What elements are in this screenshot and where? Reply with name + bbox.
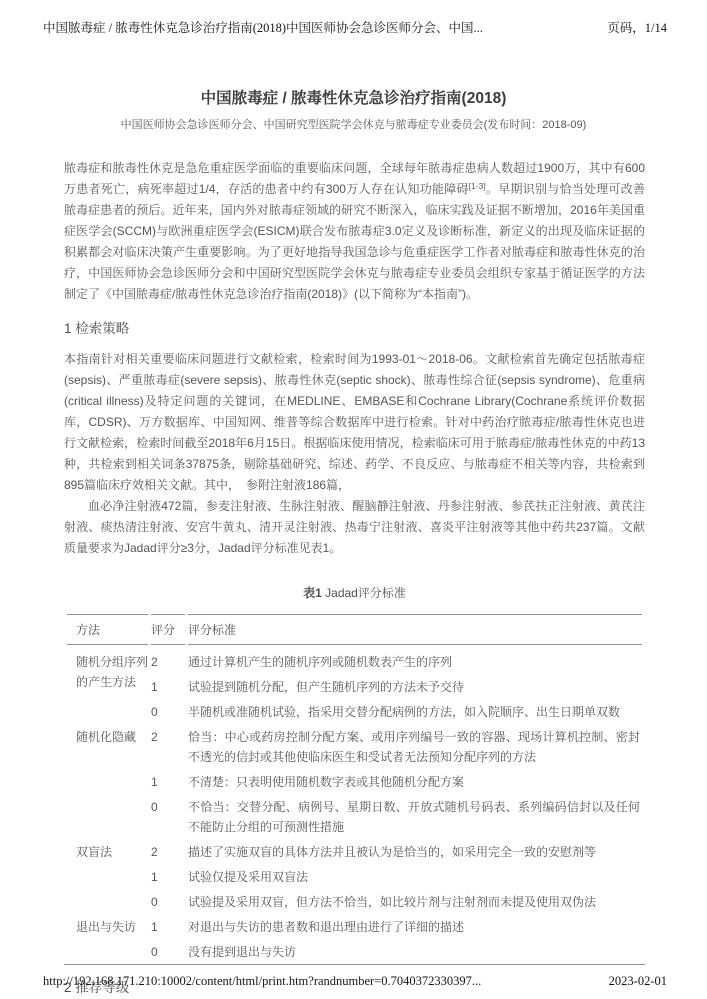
table-row: 1试验仅提及采用双盲法 bbox=[67, 864, 642, 889]
criteria-cell: 通过计算机产生的随机序列或随机数表产生的序列 bbox=[188, 645, 642, 674]
citation-reference: [1-3] bbox=[469, 181, 486, 191]
score-cell: 0 bbox=[151, 794, 185, 839]
table-header-method: 方法 bbox=[67, 614, 148, 645]
footer-date: 2023-02-01 bbox=[609, 974, 667, 989]
table-row: 0没有提到退出与失访 bbox=[67, 939, 642, 964]
table-header-criteria: 评分标准 bbox=[188, 614, 642, 645]
score-cell: 1 bbox=[151, 864, 185, 889]
table-row: 0半随机或准随机试验，指采用交替分配病例的方法，如入院顺序、出生日期单双数 bbox=[67, 699, 642, 724]
print-header: 中国脓毒症 / 脓毒性休克急诊治疗指南(2018)中国医师协会急诊医师分会、中国… bbox=[43, 18, 667, 36]
method-cell: 退出与失访 bbox=[67, 914, 148, 964]
table-header-score: 评分 bbox=[151, 614, 185, 645]
criteria-cell: 不恰当：交替分配、病例号、星期日数、开放式随机号码表、系列编码信封以及任何不能防… bbox=[188, 794, 642, 839]
table-row: 1不清楚：只表明使用随机数字表或其他随机分配方案 bbox=[67, 769, 642, 794]
score-cell: 1 bbox=[151, 769, 185, 794]
score-cell: 2 bbox=[151, 724, 185, 769]
score-cell: 1 bbox=[151, 674, 185, 699]
table-row: 退出与失访1对退出与失访的患者数和退出理由进行了详细的描述 bbox=[67, 914, 642, 939]
criteria-cell: 试验提到随机分配，但产生随机序列的方法未予交待 bbox=[188, 674, 642, 699]
method-cell: 双盲法 bbox=[67, 839, 148, 914]
jadad-score-table: 方法 评分 评分标准 随机分组序列的产生方法2通过计算机产生的随机序列或随机数表… bbox=[64, 614, 645, 965]
search-strategy-paragraph-1: 本指南针对相关重要临床问题进行文献检索，检索时间为1993-01～2018-06… bbox=[64, 349, 645, 496]
score-cell: 0 bbox=[151, 699, 185, 724]
document-body: 脓毒症和脓毒性休克是急危重症医学面临的重要临床问题，全球每年脓毒症患病人数超过1… bbox=[64, 158, 645, 998]
header-page-number: 页码，1/14 bbox=[607, 18, 667, 36]
score-cell: 0 bbox=[151, 889, 185, 914]
method-cell: 随机分组序列的产生方法 bbox=[67, 645, 148, 724]
intro-paragraph: 脓毒症和脓毒性休克是急危重症医学面临的重要临床问题，全球每年脓毒症患病人数超过1… bbox=[64, 158, 645, 305]
intro-text-continued: 。早期识别与恰当处理可改善脓毒症患者的预后。近年来，国内外对脓毒症领域的研究不断… bbox=[64, 182, 645, 301]
document-title: 中国脓毒症 / 脓毒性休克急诊治疗指南(2018) bbox=[0, 90, 707, 108]
score-cell: 0 bbox=[151, 939, 185, 964]
table-header-row: 方法 评分 评分标准 bbox=[67, 614, 642, 645]
method-cell: 随机化隐藏 bbox=[67, 724, 148, 839]
print-preview-page: 中国脓毒症 / 脓毒性休克急诊治疗指南(2018)中国医师协会急诊医师分会、中国… bbox=[0, 0, 707, 999]
table-row: 0试验提及采用双盲，但方法不恰当，如比较片剂与注射剂而未提及使用双伪法 bbox=[67, 889, 642, 914]
table-row: 1试验提到随机分配，但产生随机序列的方法未予交待 bbox=[67, 674, 642, 699]
criteria-cell: 对退出与失访的患者数和退出理由进行了详细的描述 bbox=[188, 914, 642, 939]
section-1-heading: 1 检索策略 bbox=[64, 319, 645, 339]
search-strategy-paragraph-2: 血必净注射液472篇，参麦注射液、生脉注射液、醒脑静注射液、丹参注射液、参芪扶正… bbox=[64, 496, 645, 559]
jadad-table-body: 随机分组序列的产生方法2通过计算机产生的随机序列或随机数表产生的序列1试验提到随… bbox=[67, 645, 642, 964]
table-row: 0不恰当：交替分配、病例号、星期日数、开放式随机号码表、系列编码信封以及任何不能… bbox=[67, 794, 642, 839]
criteria-cell: 描述了实施双盲的具体方法并且被认为是恰当的，如采用完全一致的安慰剂等 bbox=[188, 839, 642, 864]
score-cell: 2 bbox=[151, 839, 185, 864]
criteria-cell: 恰当：中心或药房控制分配方案、或用序列编号一致的容器、现场计算机控制、密封不透光… bbox=[188, 724, 642, 769]
table-row: 随机分组序列的产生方法2通过计算机产生的随机序列或随机数表产生的序列 bbox=[67, 645, 642, 674]
criteria-cell: 没有提到退出与失访 bbox=[188, 939, 642, 964]
footer-url: http://192.168.171.210:10002/content/htm… bbox=[43, 974, 481, 989]
criteria-cell: 试验提及采用双盲，但方法不恰当，如比较片剂与注射剂而未提及使用双伪法 bbox=[188, 889, 642, 914]
table1-caption-title: Jadad评分标准 bbox=[322, 586, 406, 600]
print-footer: http://192.168.171.210:10002/content/htm… bbox=[43, 974, 667, 989]
score-cell: 1 bbox=[151, 914, 185, 939]
criteria-cell: 不清楚：只表明使用随机数字表或其他随机分配方案 bbox=[188, 769, 642, 794]
table-row: 随机化隐藏2恰当：中心或药房控制分配方案、或用序列编号一致的容器、现场计算机控制… bbox=[67, 724, 642, 769]
header-document-title: 中国脓毒症 / 脓毒性休克急诊治疗指南(2018)中国医师协会急诊医师分会、中国… bbox=[43, 18, 483, 36]
score-cell: 2 bbox=[151, 645, 185, 674]
table1-caption: 表1 Jadad评分标准 bbox=[64, 583, 645, 604]
document-subtitle: 中国医师协会急诊医师分会、中国研究型医院学会休克与脓毒症专业委员会(发布时间：2… bbox=[0, 116, 707, 132]
criteria-cell: 试验仅提及采用双盲法 bbox=[188, 864, 642, 889]
table1-caption-label: 表1 bbox=[303, 586, 322, 600]
criteria-cell: 半随机或准随机试验，指采用交替分配病例的方法，如入院顺序、出生日期单双数 bbox=[188, 699, 642, 724]
table-row: 双盲法2描述了实施双盲的具体方法并且被认为是恰当的，如采用完全一致的安慰剂等 bbox=[67, 839, 642, 864]
